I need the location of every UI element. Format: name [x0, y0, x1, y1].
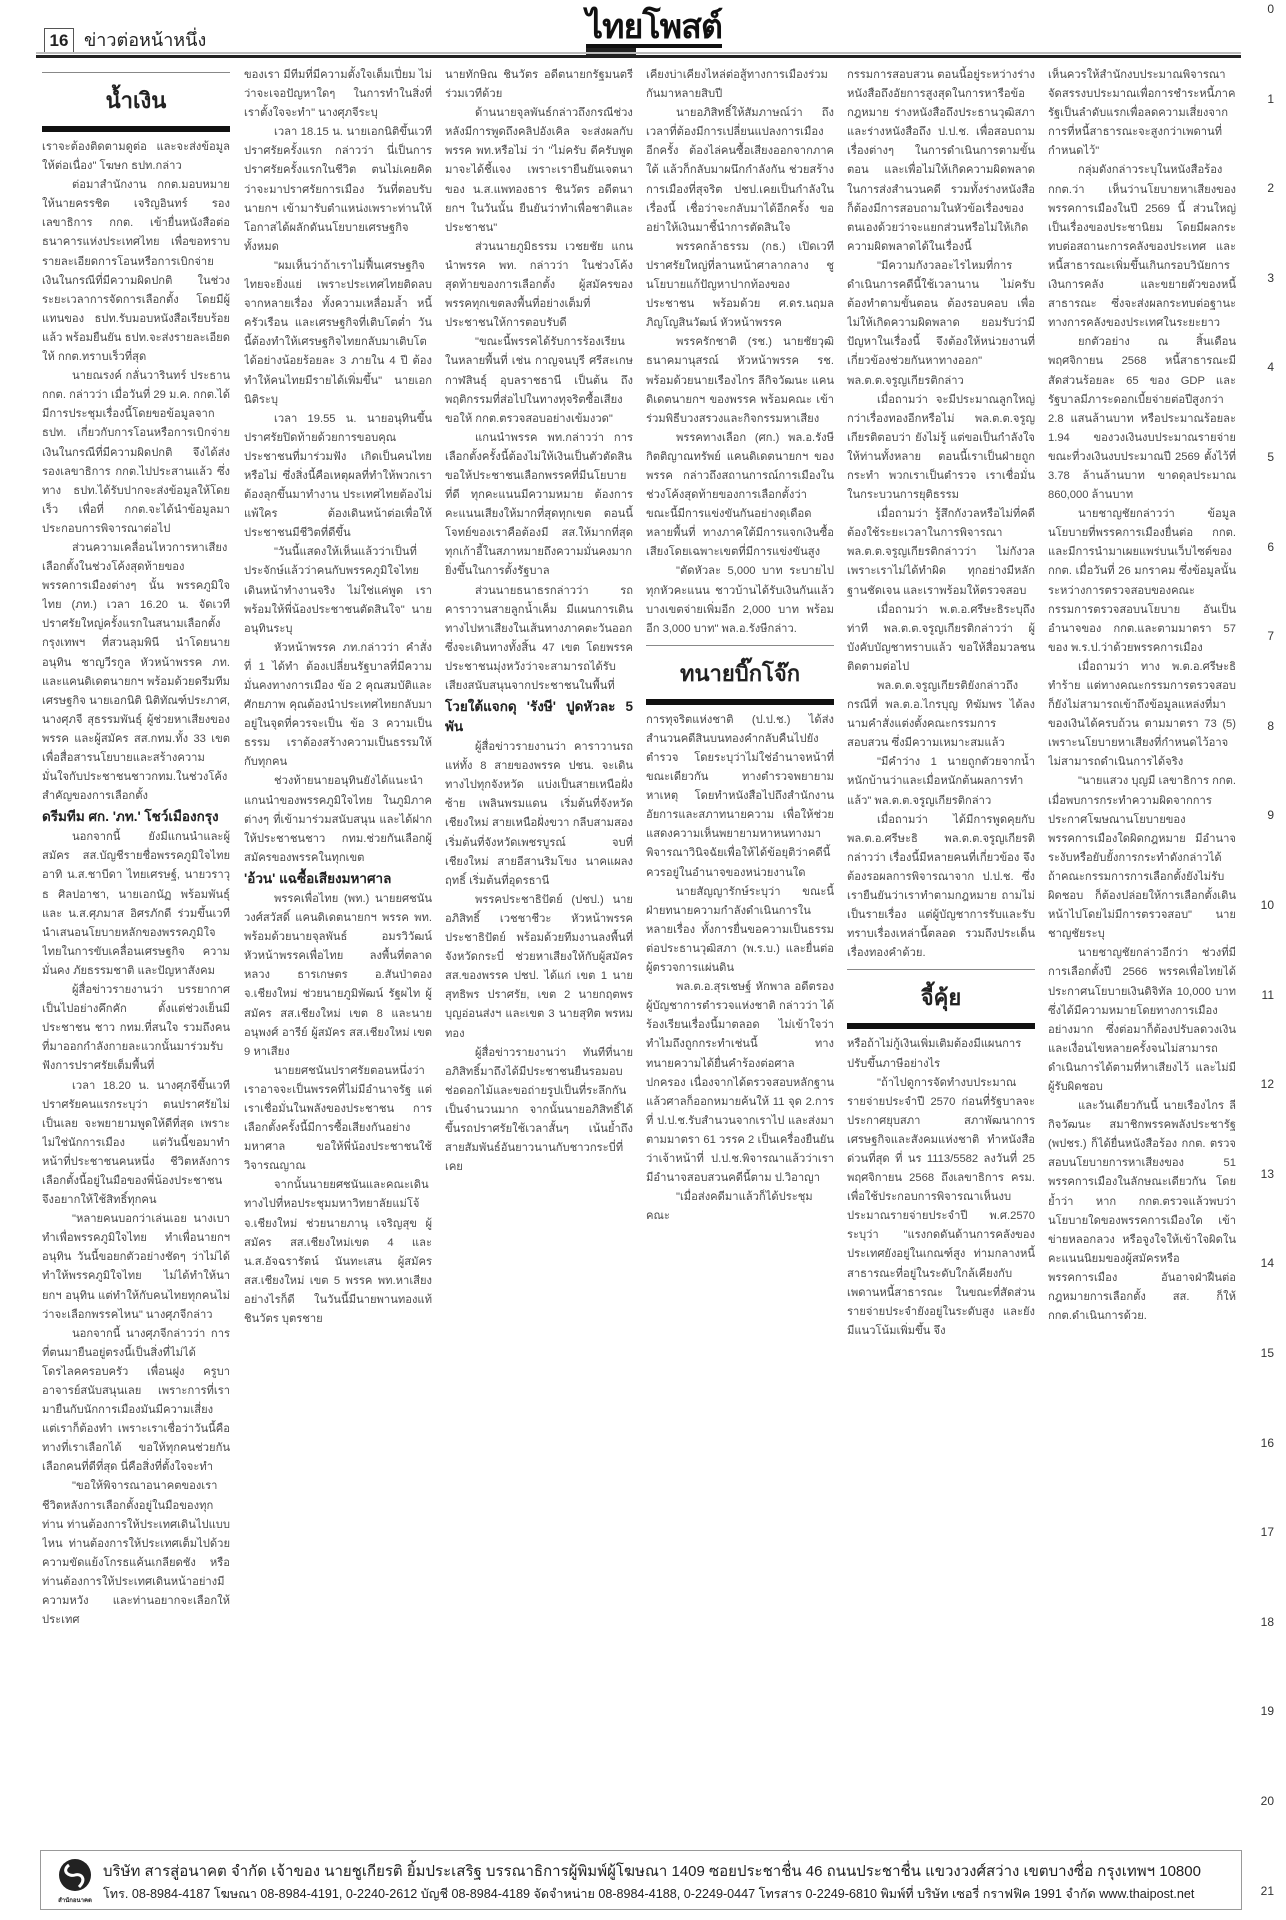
paragraph: เมื่อถามว่า ทาง พ.ต.อ.ศรีษะธิ ทำร้าย แต่…	[1048, 658, 1236, 773]
paragraph: กรรมการสอบสวน ตอนนี้อยู่ระหว่างร่างหนังส…	[847, 66, 1035, 257]
paragraph: พรรคเพื่อไทย (พท.) นายยศชนัน วงศ์สวัสดิ์…	[244, 890, 432, 1062]
paragraph: เคียงบ่าเคียงไหล่ต่อสู้ทางการเมืองร่วมกั…	[646, 66, 834, 104]
paragraph: และวันเดียวกันนี้ นายเรืองไกร ลีกิจวัฒนะ…	[1048, 1097, 1236, 1326]
paragraph: "ผมเห็นว่าถ้าเราไม่ฟื้นเศรษฐกิจไทยจะยิ่ง…	[244, 257, 432, 410]
paragraph: นายยศชนันปราศรัยตอนหนึ่งว่า เราอาจจะเป็น…	[244, 1062, 432, 1177]
box-title-text: ทนายบิ๊กโจ๊ก	[646, 646, 834, 699]
paragraph: หรือถ้าไม่กู้เงินเพิ่มเติมต้องมีแผนการปร…	[847, 1035, 1035, 1073]
column-1: น้ำเงินเราจะต้องติดตามดูต่อ และจะส่งข้อม…	[42, 66, 230, 1841]
header-rule	[36, 55, 1241, 58]
paragraph: นายชาญชัยกล่าวว่า ข้อมูลนโยบายที่พรรคการ…	[1048, 505, 1236, 658]
publisher-seal-icon: สำนักอนาคต	[55, 1857, 95, 1903]
paragraph: "ถ้าไปดูการจัดทำงบประมาณรายจ่ายประจำปี 2…	[847, 1074, 1035, 1341]
paragraph: พล.ต.อ.สุรเชษฐ์ หักพาล อดีตรองผู้บัญชากา…	[646, 978, 834, 1188]
ruler-mark: 14	[1261, 1256, 1274, 1270]
paragraph: ของเรา มีทีมที่มีความตั้งใจเต็มเปี่ยม ไม…	[244, 66, 432, 123]
paragraph: "นายแสวง บุญมี เลขาธิการ กกต. เมื่อพบการ…	[1048, 772, 1236, 944]
paragraph: ต่อมาสำนักงาน กกต.มอบหมายให้นายครรชิต เจ…	[42, 176, 230, 367]
section-box-title: น้ำเงิน	[42, 72, 230, 132]
ruler-mark: 19	[1261, 1704, 1274, 1718]
paragraph: "เมื่อส่งคดีมาแล้วก็ได้ประชุมคณะ	[646, 1188, 834, 1226]
paragraph: หัวหน้าพรรค ภท.กล่าวว่า คำสั่งที่ 1 ได้ท…	[244, 639, 432, 773]
subheading: 'อ้วน' แฉซื้อเสียงมหาศาล	[244, 869, 432, 889]
section-title: ข่าวต่อหน้าหนึ่ง	[84, 28, 206, 52]
column-5: กรรมการสอบสวน ตอนนี้อยู่ระหว่างร่างหนังส…	[847, 66, 1035, 1841]
paragraph: "มีความกังวลอะไรไหมที่การดำเนินการคดีนี้…	[847, 257, 1035, 391]
ruler-mark: 21	[1261, 1884, 1274, 1898]
paragraph: ผู้สื่อข่าวรายงานว่า คาราวานรถแห่ทั้ง 8 …	[445, 738, 633, 891]
ruler-mark: 9	[1267, 808, 1274, 822]
paragraph: การทุจริตแห่งชาติ (ป.ป.ช.) ได้ส่งสำนวนคด…	[646, 711, 834, 883]
ruler-mark: 16	[1261, 1436, 1274, 1450]
ruler-mark: 8	[1267, 719, 1274, 733]
ruler-mark: 17	[1261, 1525, 1274, 1539]
paragraph: นอกจากนี้ ยังมีแกนนำและผู้สมัคร สส.บัญชี…	[42, 828, 230, 981]
box-title-text: จี้คุ้ย	[847, 970, 1035, 1023]
paragraph: นายณรงค์ กลั่นวารินทร์ ประธาน กกต. กล่าว…	[42, 367, 230, 539]
article-columns: น้ำเงินเราจะต้องติดตามดูต่อ และจะส่งข้อม…	[42, 66, 1242, 1841]
paragraph: ด้านนายจุลพันธ์กล่าวถึงกรณีช่วงหลังมีการ…	[445, 104, 633, 238]
page-ruler: 0123456789101112131415161718192021	[1240, 0, 1286, 1920]
paragraph: เวลา 19.55 น. นายอนุทินขึ้นปราศรัยปิดท้า…	[244, 410, 432, 544]
ruler-mark: 18	[1261, 1615, 1274, 1629]
paragraph: ผู้สื่อข่าวรายงานว่า ทันทีที่นายอภิสิทธิ…	[445, 1044, 633, 1178]
paragraph: ยกตัวอย่าง ณ สิ้นเดือนพฤศจิกายน 2568 หนี…	[1048, 333, 1236, 505]
paragraph: เวลา 18.20 น. นางศุภจีขึ้นเวทีปราศรัยคนแ…	[42, 1077, 230, 1211]
ruler-mark: 5	[1267, 450, 1274, 464]
box-title-rule	[646, 699, 834, 705]
seal-label: สำนักอนาคต	[55, 1895, 95, 1905]
paragraph: พรรคประชาธิปัตย์ (ปชป.) นายอภิสิทธิ์ เวช…	[445, 891, 633, 1044]
paragraph: ส่วนนายธนาธรกล่าวว่า รถคาราวานสายลูกน้ำเ…	[445, 582, 633, 697]
ruler-mark: 0	[1267, 2, 1274, 16]
paragraph: เวลา 18.15 น. นายเอกนิติขึ้นเวทีปราศรัยค…	[244, 123, 432, 257]
ruler-mark: 15	[1261, 1346, 1274, 1360]
box-title-rule	[42, 126, 230, 132]
paragraph: พรรคทางเลือก (ศก.) พล.อ.รังษี กิตติญาณทร…	[646, 429, 834, 563]
paragraph: นายทักษิณ ชินวัตร อดีตนายกรัฐมนตรี ร่วมเ…	[445, 66, 633, 104]
paragraph: เมื่อถามว่า จะมีประมาณลูกใหญ่กว่าเรื่องท…	[847, 391, 1035, 506]
paragraph: เมื่อถามว่า พ.ต.อ.ศรีษะธิระบุถึงท่าที พล…	[847, 601, 1035, 677]
paragraph: "ขอให้พิจารณาอนาคตของเรา ชีวิตหลังการเลื…	[42, 1477, 230, 1630]
paragraph: จากนั้นนายยศชนันและคณะเดินทางไปที่หอประช…	[244, 1176, 432, 1329]
ruler-mark: 13	[1261, 1167, 1274, 1181]
paragraph: ส่วนความเคลื่อนไหวการหาเสียงเลือกตั้งในช…	[42, 539, 230, 806]
paragraph: "ขณะนี้พรรคได้รับการร้องเรียนในหลายพื้นท…	[445, 333, 633, 428]
section-box-title: ทนายบิ๊กโจ๊ก	[646, 645, 834, 705]
page-number: 16	[44, 28, 74, 54]
ruler-mark: 20	[1261, 1794, 1274, 1808]
paragraph: "วันนี้แสดงให้เห็นแล้วว่าเป็นที่ประจักษ์…	[244, 543, 432, 638]
paragraph: เห็นควรให้สำนักงบประมาณพิจารณาจัดสรรงบปร…	[1048, 66, 1236, 161]
imprint-line-2: โทร. 08-8984-4187 โฆษณา 08-8984-4191, 0-…	[103, 1884, 1194, 1904]
header-rule-thin	[36, 52, 1241, 54]
ruler-mark: 10	[1261, 898, 1274, 912]
ruler-mark: 11	[1262, 988, 1274, 1002]
masthead-title: ไทยโพสต์	[586, 10, 722, 48]
masthead-logo: ไทยโพสต์	[586, 10, 728, 56]
ruler-mark: 2	[1267, 181, 1274, 195]
column-4: เคียงบ่าเคียงไหล่ต่อสู้ทางการเมืองร่วมกั…	[646, 66, 834, 1841]
paragraph: พรรคกล้าธรรม (กธ.) เปิดเวทีปราศรัยใหญ่ที…	[646, 238, 834, 333]
paragraph: แกนนำพรรค พท.กล่าวว่า การเลือกตั้งครั้งน…	[445, 429, 633, 582]
paragraph: นายอภิสิทธิ์ให้สัมภาษณ์ว่า ถึงเวลาที่ต้อ…	[646, 104, 834, 238]
paragraph: เราจะต้องติดตามดูต่อ และจะส่งข้อมูลให้ต่…	[42, 138, 230, 176]
imprint-line-1: บริษัท สารสู่อนาคต จำกัด เจ้าของ นายชูเก…	[103, 1859, 1201, 1883]
ruler-mark: 3	[1267, 271, 1274, 285]
column-6: เห็นควรให้สำนักงบประมาณพิจารณาจัดสรรงบปร…	[1048, 66, 1236, 1841]
imprint-footer: สำนักอนาคต บริษัท สารสู่อนาคต จำกัด เจ้า…	[40, 1850, 1242, 1910]
paragraph: "หลายคนบอกว่าเล่นเอย นางเบา ทำเพื่อพรรคภ…	[42, 1210, 230, 1325]
ruler-mark: 4	[1267, 360, 1274, 374]
paragraph: ช่วงท้ายนายอนุทินยังได้แนะนำแกนนำของพรรค…	[244, 772, 432, 867]
box-title-text: น้ำเงิน	[42, 73, 230, 126]
paragraph: กลุ่มดังกล่าวระบุในหนังสือร้อง กกต.ว่า เ…	[1048, 161, 1236, 333]
paragraph: พล.ต.ต.จรูญเกียรติยังกล่าวถึงกรณีที่ พล.…	[847, 677, 1035, 753]
paragraph: นายชาญชัยกล่าวอีกว่า ช่วงที่มีการเลือกตั…	[1048, 944, 1236, 1097]
paragraph: "ตัดหัวละ 5,000 บาท ระบายไปทุกหัวคะแนน ช…	[646, 562, 834, 638]
box-title-rule	[847, 1023, 1035, 1029]
paragraph: นอกจากนี้ นางศุภจีกล่าวว่า การที่ตนมายืน…	[42, 1325, 230, 1478]
paragraph: เมื่อถามว่า ได้มีการพูดคุยกับพล.ต.อ.ศรีษ…	[847, 811, 1035, 964]
ruler-mark: 12	[1261, 1077, 1274, 1091]
subheading: โวยใต้แจกดุ 'รังษี' ปูดหัวละ 5 พัน	[445, 697, 633, 737]
section-box-title: จี้คุ้ย	[847, 969, 1035, 1029]
paragraph: นายสัญญารักษ์ระบุว่า ขณะนี้ฝ่ายทนายความก…	[646, 883, 834, 978]
ruler-mark: 6	[1267, 540, 1274, 554]
ruler-mark: 7	[1267, 629, 1274, 643]
ruler-mark: 1	[1267, 92, 1274, 106]
paragraph: ผู้สื่อข่าวรายงานว่า บรรยากาศเป็นไปอย่าง…	[42, 981, 230, 1076]
column-3: นายทักษิณ ชินวัตร อดีตนายกรัฐมนตรี ร่วมเ…	[445, 66, 633, 1841]
paragraph: พรรครักชาติ (รช.) นายชัยวุฒิ ธนาคมานุสรณ…	[646, 333, 834, 428]
paragraph: เมื่อถามว่า รู้สึกกังวลหรือไม่ที่คดีต้อง…	[847, 505, 1035, 600]
paragraph: ส่วนนายภูมิธรรม เวชยชัย แกนนำพรรค พท. กล…	[445, 238, 633, 333]
column-2: ของเรา มีทีมที่มีความตั้งใจเต็มเปี่ยม ไม…	[244, 66, 432, 1841]
page-header: 16 ข่าวต่อหน้าหนึ่ง ไทยโพสต์	[36, 0, 1241, 60]
paragraph: "มีคำว่าง 1 นายถูกตัวยจากน้ำหนักบ้านว่าแ…	[847, 753, 1035, 810]
subheading: ดรีมทีม ศก. 'ภท.' โชว์เมืองกรุง	[42, 807, 230, 827]
